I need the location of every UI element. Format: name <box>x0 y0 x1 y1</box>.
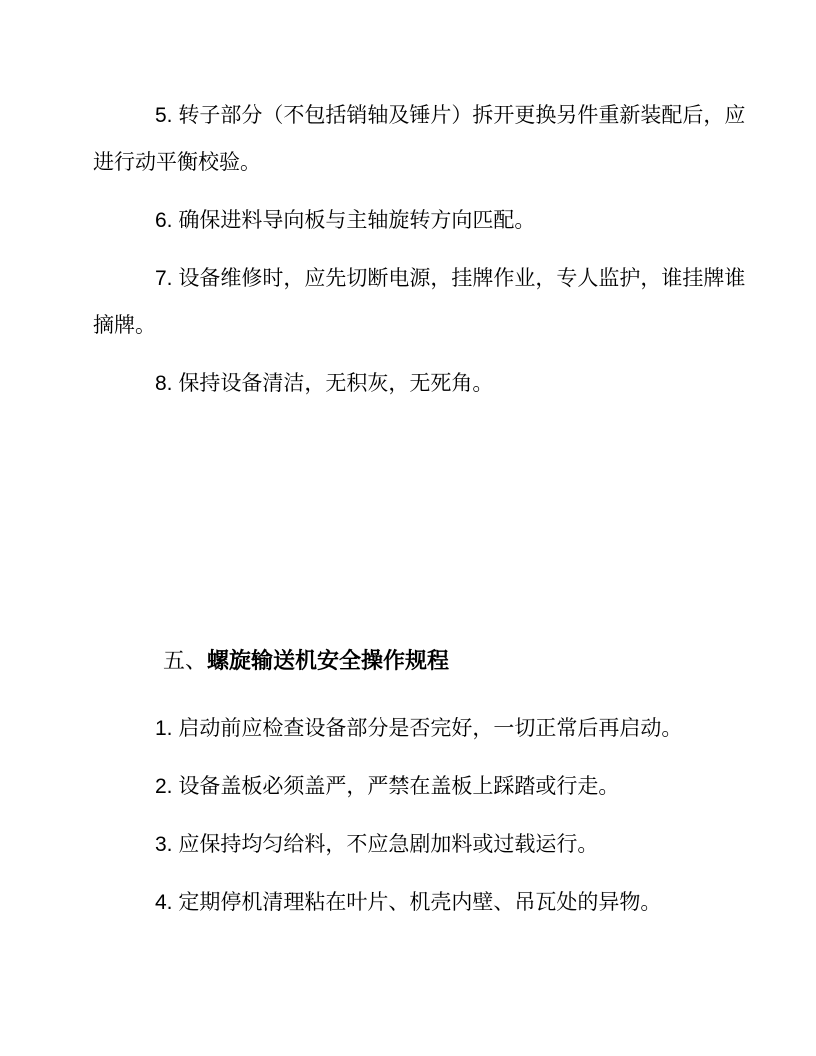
list-item-3: 3. 应保持均匀给料，不应急剧加料或过载运行。 <box>93 821 723 868</box>
list-item-5: 5. 转子部分（不包括销轴及锤片）拆开更换另件重新装配后，应 进行动平衡校验。 <box>93 92 723 186</box>
list-item-2: 2. 设备盖板必须盖严，严禁在盖板上踩踏或行走。 <box>93 763 723 810</box>
document-page: 5. 转子部分（不包括销轴及锤片）拆开更换另件重新装配后，应 进行动平衡校验。 … <box>0 0 816 1056</box>
section-heading: 五、螺旋输送机安全操作规程 <box>93 637 723 684</box>
text-line: 5. 转子部分（不包括销轴及锤片）拆开更换另件重新装配后，应 <box>93 92 723 139</box>
text-line: 1. 启动前应检查设备部分是否完好，一切正常后再启动。 <box>93 705 723 752</box>
list-item-1: 1. 启动前应检查设备部分是否完好，一切正常后再启动。 <box>93 705 723 752</box>
text-line: 摘牌。 <box>93 302 723 349</box>
text-line: 7. 设备维修时，应先切断电源，挂牌作业，专人监护，谁挂牌谁 <box>93 255 723 302</box>
text-line: 6. 确保进料导向板与主轴旋转方向匹配。 <box>93 197 723 244</box>
text-line: 3. 应保持均匀给料，不应急剧加料或过载运行。 <box>93 821 723 868</box>
list-item-7: 7. 设备维修时，应先切断电源，挂牌作业，专人监护，谁挂牌谁 摘牌。 <box>93 255 723 349</box>
list-item-4: 4. 定期停机清理粘在叶片、机壳内壁、吊瓦处的异物。 <box>93 879 723 926</box>
section-heading-title: 螺旋输送机安全操作规程 <box>207 648 449 673</box>
text-line: 4. 定期停机清理粘在叶片、机壳内壁、吊瓦处的异物。 <box>93 879 723 926</box>
list-item-6: 6. 确保进料导向板与主轴旋转方向匹配。 <box>93 197 723 244</box>
list-item-8: 8. 保持设备清洁，无积灰，无死角。 <box>93 360 723 407</box>
section-heading-number: 五、 <box>163 648 207 673</box>
text-line: 进行动平衡校验。 <box>93 139 723 186</box>
text-line: 2. 设备盖板必须盖严，严禁在盖板上踩踏或行走。 <box>93 763 723 810</box>
text-line: 8. 保持设备清洁，无积灰，无死角。 <box>93 360 723 407</box>
